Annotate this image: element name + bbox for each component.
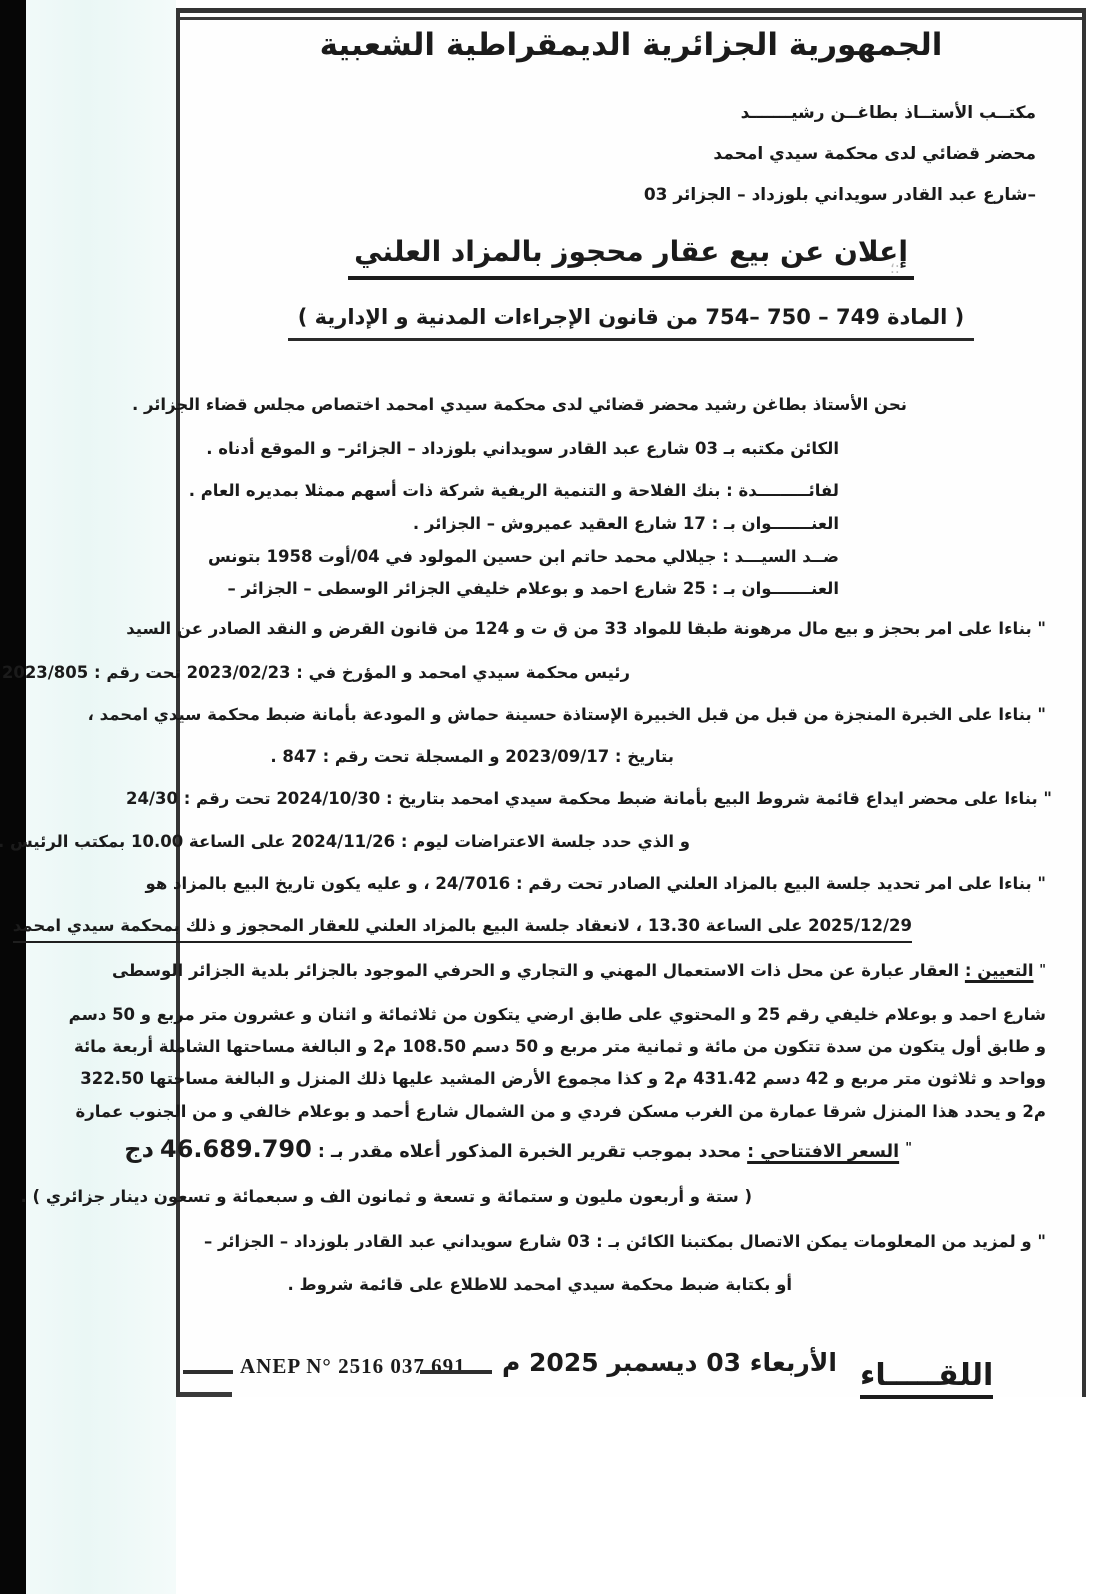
notice-title: إعلان عن بيع عقار محجوز بالمزاد العلني	[348, 235, 914, 280]
body-line-beneficiary: لفائـــــــــدة : بنك الفلاحة و التنمية …	[189, 479, 839, 503]
body-line-property-desc-2: و طابق أول يتكون من سدة تتكون من مائة و …	[74, 1035, 1046, 1059]
body-line-beneficiary-address: العنـــــــوان بـ : 17 شارع العقيد عميرو…	[413, 512, 839, 536]
body-line-seizure-order-2: رئيس محكمة سيدي امحمد و المؤرخ في : 2023…	[0, 661, 630, 685]
paragraph-mark: "	[1039, 963, 1046, 978]
scan-artifact: ؛:	[890, 259, 900, 277]
body-line-office-address: الكائن مكتبه بـ 03 شارع عبد القادر سويدا…	[206, 437, 839, 461]
body-line-property-desc-3: وواحد و ثلاثون متر مربع و 42 دسم 431.42 …	[80, 1067, 1046, 1091]
scanned-legal-notice-page: الجمهورية الجزائرية الديمقراطية الشعبية …	[0, 0, 1108, 1594]
footer-bar: ANEP N° 2516 037 691 الأربعاء 03 ديسمبر …	[0, 1340, 1108, 1410]
body-line-contact-info-2: أو بكتابة ضبط محكمة سيدي امحمد للاطلاع ع…	[287, 1273, 792, 1297]
opening-price-currency: دج	[124, 1135, 154, 1163]
body-line-defendant-address: العنـــــــوان بـ : 25 شارع احمد و بوعلا…	[228, 577, 839, 601]
body-line-auction-date: 2025/12/29 على الساعة 13.30 ، لانعقاد جل…	[13, 914, 912, 943]
opening-price-text: محدد بموجب تقرير الخبرة المذكور أعلاه مق…	[312, 1142, 741, 1162]
body-line-contact-info-1: " و لمزيد من المعلومات يمكن الاتصال بمكت…	[204, 1230, 1046, 1254]
divider-dash-middle	[420, 1370, 492, 1374]
newspaper-name: اللقـــــاء	[860, 1358, 993, 1399]
publication-date: الأربعاء 03 ديسمبر 2025 م	[502, 1348, 837, 1377]
notice-articles-row: ( المادة 749 – 750 –754 من قانون الإجراء…	[180, 305, 1082, 341]
body-line-expertise-2: بتاريخ : 2023/09/17 و المسجلة تحت رقم : …	[270, 745, 674, 769]
anep-number: ANEP N° 2516 037 691	[240, 1354, 466, 1379]
designation-keyword: التعيين :	[965, 961, 1034, 980]
body-line-expertise-1: " بناءا على الخبرة المنجزة من قبل من قبل…	[88, 703, 1046, 727]
divider-dash-left	[183, 1370, 233, 1374]
republic-header-title: الجمهورية الجزائرية الديمقراطية الشعبية	[180, 27, 1082, 63]
body-line-property-desc-1: شارع احمد و بوعلام خليفي رقم 25 و المحتو…	[69, 1003, 1046, 1027]
body-line-objections-session: و الذي حدد جلسة الاعتراضات ليوم : 2024/1…	[0, 830, 690, 854]
notice-articles-reference: ( المادة 749 – 750 –754 من قانون الإجراء…	[288, 305, 975, 341]
office-line-address: 03 شارع عبد القادر سويداني بلوزداد – الج…	[644, 185, 1036, 205]
office-line-function: محضر قضائي لدى محكمة سيدي امحمد	[713, 144, 1036, 164]
body-line-seizure-order-1: " بناءا على امر بحجز و بيع مال مرهونة طب…	[126, 617, 1046, 641]
body-line-opening-price: " السعر الافتتاحي : محدد بموجب تقرير الخ…	[124, 1137, 912, 1164]
office-line-bailiff-name: مكتــب الأستــاذ بطاغــن رشيـــــــد	[741, 103, 1036, 123]
body-line-designation: " التعيين : العقار عبارة عن محل ذات الاس…	[112, 959, 1046, 983]
body-line-defendant: ضــد السيـــد : جيلالي محمد حاتم ابن حسي…	[208, 545, 839, 569]
opening-price-amount: 46.689.790	[160, 1135, 312, 1163]
body-line-price-in-words: ( ستة و أربعون مليون و ستمائة و تسعة و ث…	[21, 1185, 752, 1209]
body-line-auction-order: " بناءا على امر تحديد جلسة البيع بالمزاد…	[146, 872, 1046, 896]
body-line-intro: نحن الأستاذ بطاغن رشيد محضر قضائي لدى مح…	[132, 393, 907, 417]
notice-title-row: إعلان عن بيع عقار محجوز بالمزاد العلني	[180, 235, 1082, 280]
document-frame: الجمهورية الجزائرية الديمقراطية الشعبية …	[176, 8, 1086, 1397]
paragraph-mark: "	[905, 1141, 912, 1156]
frame-inner-border	[180, 17, 1082, 20]
body-line-conditions-deposit-1: " بناءا على محضر ايداع قائمة شروط البيع …	[126, 787, 1052, 811]
designation-text: العقار عبارة عن محل ذات الاستعمال المهني…	[112, 961, 959, 980]
body-line-property-boundaries: م2 و يحدد هذا المنزل شرقا عمارة من الغرب…	[76, 1100, 1047, 1124]
opening-price-keyword: السعر الافتتاحي :	[747, 1142, 899, 1162]
